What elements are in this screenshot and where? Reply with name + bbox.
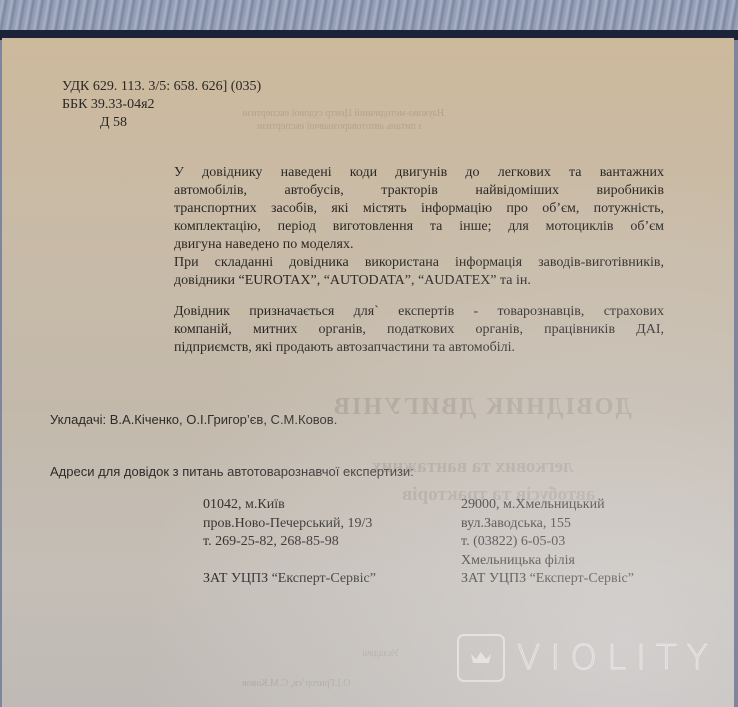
text-line: двигуна наведено по моделях. <box>174 236 664 254</box>
text-line: Довідник призначається для` експертів - … <box>174 303 664 321</box>
organization: ЗАТ УЦПЗ “Експерт-Сервіс” <box>461 570 634 589</box>
bleed-through-title: ДОВІДНИК ДВИГУНІВ <box>332 394 632 421</box>
udc-code: УДК 629. 113. 3/5: 658. 626] (035) <box>62 78 261 96</box>
address-khmelnytskyi: 29000, м.Хмельницький вул.Заводська, 155… <box>461 496 634 589</box>
address-line: вул.Заводська, 155 <box>461 515 634 534</box>
bbk-code: ББК 39.33-04я2 <box>62 96 261 114</box>
watermark-logo <box>457 634 505 682</box>
text-line: транспортних засобів, які містять інформ… <box>174 200 664 218</box>
book-page: Науково-методичний Центр судової експерт… <box>2 38 734 707</box>
bleed-through-text: з питань автотоварознавчої експертизи <box>257 121 422 132</box>
bleed-through-text: Науково-методичний Центр судової експерт… <box>242 108 444 119</box>
description-paragraph: У довіднику наведені коди двигунів до ле… <box>174 164 664 290</box>
background-fur <box>0 0 738 34</box>
watermark-text: VIOLITY <box>517 638 718 678</box>
crown-icon <box>470 651 492 665</box>
text-line: У довіднику наведені коди двигунів до ле… <box>174 164 664 182</box>
text-line: підприємств, які продають автозапчастини… <box>174 339 664 357</box>
author-mark: Д 58 <box>62 114 261 132</box>
address-line: 01042, м.Київ <box>203 496 376 515</box>
phone: т. 269-25-82, 268-85-98 <box>203 533 376 552</box>
text-line: компаній, митних органів, податкових орг… <box>174 321 664 339</box>
bleed-through-text: О.І.Григор’єв, С.М.Ковов <box>242 678 350 689</box>
address-line: пров.Ново-Печерський, 19/3 <box>203 515 376 534</box>
phone: т. (03822) 6-05-03 <box>461 533 634 552</box>
branch: Хмельницька філія <box>461 552 634 571</box>
text-line: комплектацію, період виготовлення та інш… <box>174 218 664 236</box>
bleed-through-text: Укладачі <box>362 648 399 659</box>
compilers: Укладачі: В.А.Кіченко, О.І.Григор’єв, С.… <box>50 412 337 427</box>
text-line: При складанні довідника використана інфо… <box>174 254 664 272</box>
addresses-title: Адреси для довідок з питань автотоварозн… <box>50 464 414 479</box>
text-line: довідники “EUROTAX”, “AUTODATA”, “AUDATE… <box>174 272 664 290</box>
violity-watermark: VIOLITY <box>457 634 718 682</box>
address-line: 29000, м.Хмельницький <box>461 496 634 515</box>
address-kyiv: 01042, м.Київ пров.Ново-Печерський, 19/3… <box>203 496 376 588</box>
text-line: автомобілів, автобусів, тракторів найвід… <box>174 182 664 200</box>
organization: ЗАТ УЦПЗ “Експерт-Сервіс” <box>203 570 376 589</box>
classification-block: УДК 629. 113. 3/5: 658. 626] (035) ББК 3… <box>62 78 261 132</box>
audience-paragraph: Довідник призначається для` експертів - … <box>174 303 664 357</box>
